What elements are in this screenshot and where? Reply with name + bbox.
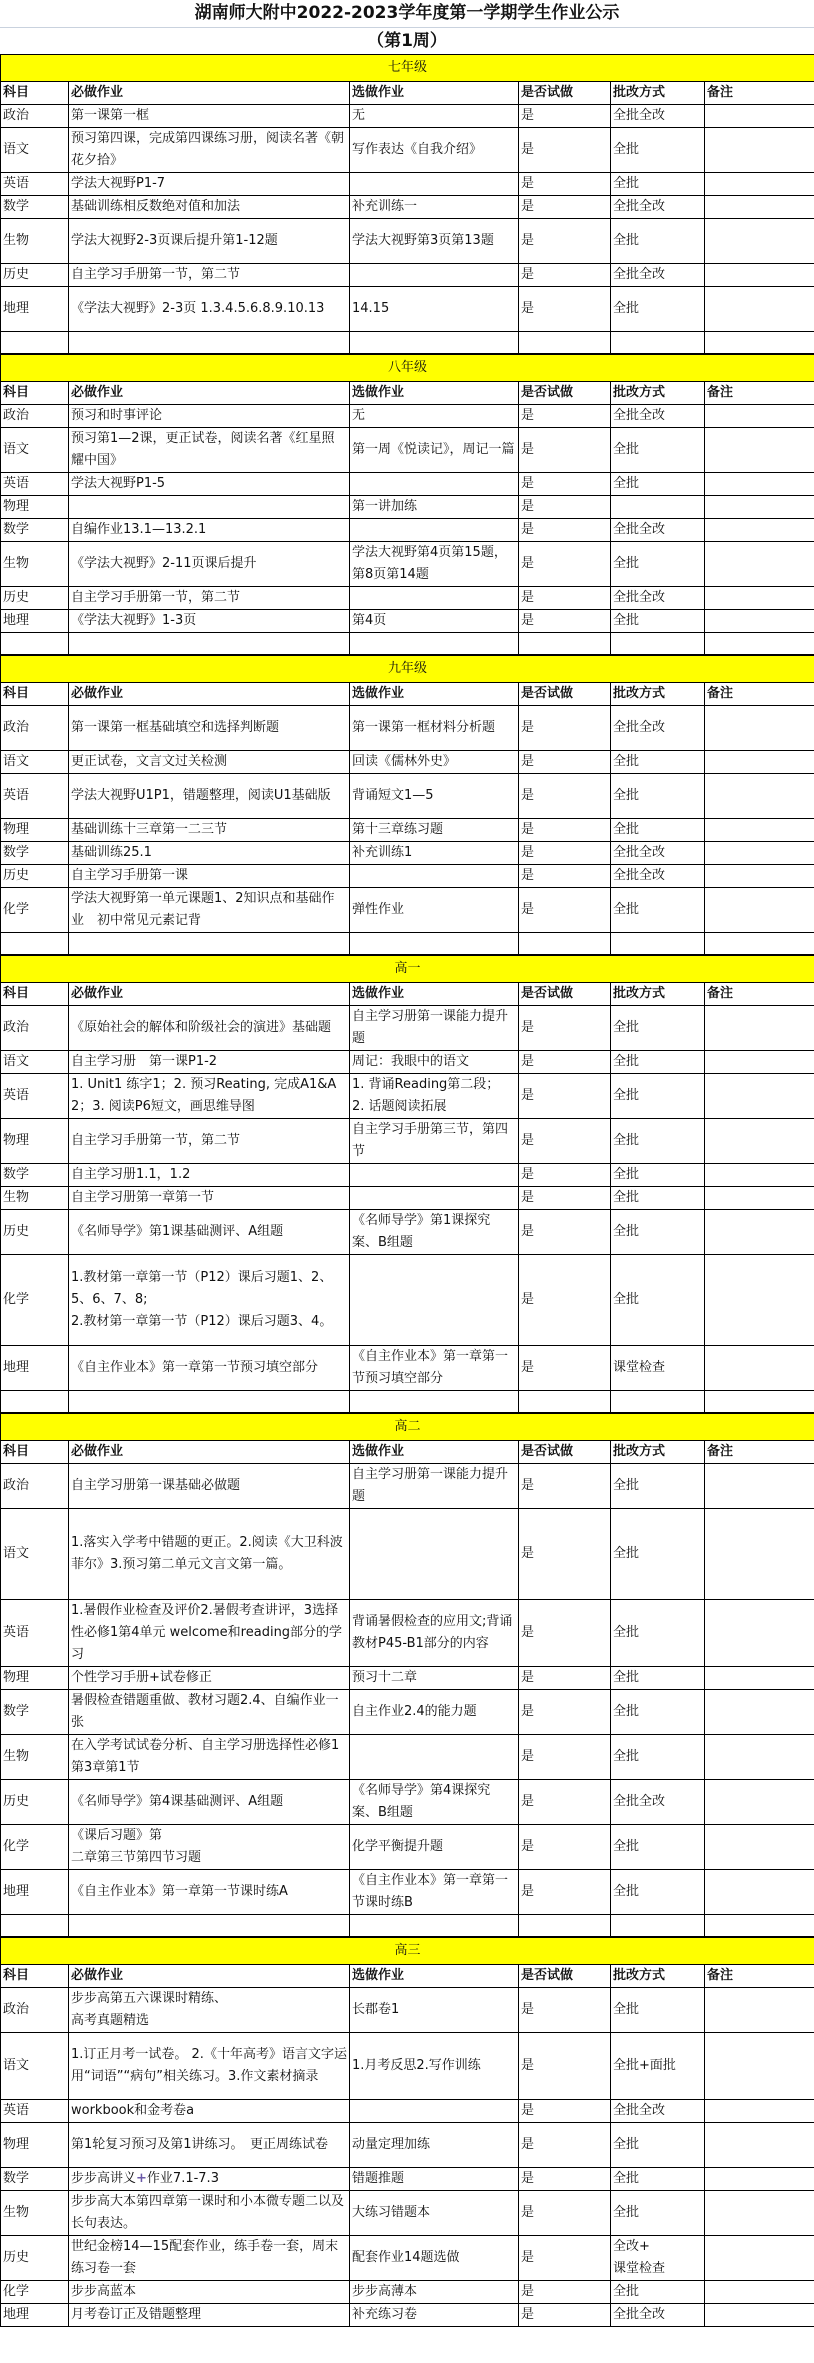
- note-cell: [705, 865, 814, 888]
- grade-table: 八年级科目必做作业选做作业是否试做批改方式备注政治预习和时事评论无是全批全改语文…: [0, 354, 814, 655]
- subject-cell: 政治: [1, 1464, 69, 1509]
- trial-cell: 是: [519, 1119, 611, 1164]
- table-row: 物理基础训练十三章第一二三节第十三章练习题是全批: [1, 819, 814, 842]
- grading-method-cell: 全批+面批: [611, 2033, 705, 2100]
- trial-cell: 是: [519, 519, 611, 542]
- trial-cell: 是: [519, 2281, 611, 2304]
- note-cell: [705, 2123, 814, 2168]
- empty-cell: [519, 332, 611, 354]
- note-cell: [705, 287, 814, 332]
- optional-homework-cell: 第一讲加练: [350, 496, 519, 519]
- subject-cell: 历史: [1, 587, 69, 610]
- grade-band: 高一: [1, 956, 814, 983]
- optional-homework-cell: [350, 1255, 519, 1346]
- empty-cell: [350, 1391, 519, 1413]
- required-homework-cell: 步步高大本第四章第一课时和小本微专题二以及长句表达。: [69, 2191, 350, 2236]
- table-row: 生物步步高大本第四章第一课时和小本微专题二以及长句表达。大练习错题本是全批: [1, 2191, 814, 2236]
- table-row: 地理《学法大视野》1-3页第4页是全批: [1, 610, 814, 633]
- optional-homework-cell: [350, 1509, 519, 1600]
- empty-row: [1, 332, 814, 354]
- subject-cell: 生物: [1, 219, 69, 264]
- required-homework-cell: 第一课第一框基础填空和选择判断题: [69, 706, 350, 751]
- trial-cell: 是: [519, 1255, 611, 1346]
- homework-sheet: 湖南师大附中2022-2023学年度第一学期学生作业公示 （第1周） 七年级科目…: [0, 0, 814, 2327]
- required-homework-cell: 世纪金榜14—15配套作业，练手卷一套，周末练习卷一套: [69, 2236, 350, 2281]
- grading-method-cell: 全批全改: [611, 1780, 705, 1825]
- grading-method-cell: 全批: [611, 2123, 705, 2168]
- grading-method-cell: 全批全改: [611, 196, 705, 219]
- note-cell: [705, 2281, 814, 2304]
- optional-homework-cell: 《自主作业本》第一章第一节课时练B: [350, 1870, 519, 1915]
- grades-container: 七年级科目必做作业选做作业是否试做批改方式备注政治第一课第一框无是全批全改语文预…: [0, 54, 814, 2327]
- required-homework-cell: 1. Unit1 练字1；2. 预习Reating, 完成A1&A2；3. 阅读…: [69, 1074, 350, 1119]
- trial-cell: 是: [519, 1735, 611, 1780]
- required-homework-cell: 预习和时事评论: [69, 405, 350, 428]
- optional-homework-cell: [350, 264, 519, 287]
- note-cell: [705, 496, 814, 519]
- column-header: 必做作业: [69, 983, 350, 1006]
- table-row: 化学学法大视野第一单元课题1、2知识点和基础作业 初中常见元素记背弹性作业是全批: [1, 888, 814, 933]
- required-homework-cell: 自主学习册 第一课P1-2: [69, 1051, 350, 1074]
- subject-cell: 地理: [1, 1346, 69, 1391]
- trial-cell: 是: [519, 105, 611, 128]
- empty-cell: [519, 633, 611, 655]
- subject-cell: 历史: [1, 1780, 69, 1825]
- grading-method-cell: [611, 496, 705, 519]
- grading-method-cell: 全批: [611, 128, 705, 173]
- trial-cell: 是: [519, 219, 611, 264]
- grade-name: 高一: [1, 956, 814, 983]
- grading-method-cell: 全批: [611, 1164, 705, 1187]
- required-homework-cell: 自编作业13.1—13.2.1: [69, 519, 350, 542]
- subject-cell: 语文: [1, 1509, 69, 1600]
- table-row: 物理自主学习手册第一节，第二节自主学习手册第三节，第四节是全批: [1, 1119, 814, 1164]
- grading-method-cell: 全批: [611, 751, 705, 774]
- optional-homework-cell: 《名师导学》第1课探究案、B组题: [350, 1210, 519, 1255]
- note-cell: [705, 1187, 814, 1210]
- required-homework-cell: 学法大视野P1-5: [69, 473, 350, 496]
- note-cell: [705, 2033, 814, 2100]
- column-header: 科目: [1, 1441, 69, 1464]
- trial-cell: 是: [519, 128, 611, 173]
- empty-cell: [611, 332, 705, 354]
- table-row: 历史自主学习手册第一节，第二节是全批全改: [1, 264, 814, 287]
- grade-band: 九年级: [1, 656, 814, 683]
- grading-method-cell: 全批: [611, 1509, 705, 1600]
- empty-cell: [350, 633, 519, 655]
- required-text-part: 作业7.1-7.3: [147, 2171, 219, 2186]
- grading-method-cell: 全批全改: [611, 264, 705, 287]
- note-cell: [705, 1780, 814, 1825]
- subject-cell: 数学: [1, 519, 69, 542]
- grading-method-cell: 全批全改: [611, 405, 705, 428]
- optional-homework-cell: 周记：我眼中的语文: [350, 1051, 519, 1074]
- empty-cell: [611, 933, 705, 955]
- required-homework-cell: 学法大视野2-3页课后提升第1-12题: [69, 219, 350, 264]
- required-homework-cell: 自主学习手册第一节，第二节: [69, 264, 350, 287]
- subject-cell: 化学: [1, 888, 69, 933]
- grading-method-cell: 全批全改: [611, 587, 705, 610]
- grading-method-cell: 全批: [611, 1187, 705, 1210]
- grade-band: 八年级: [1, 355, 814, 382]
- subject-cell: 化学: [1, 1255, 69, 1346]
- optional-homework-cell: 步步高薄本: [350, 2281, 519, 2304]
- required-homework-cell: 月考卷订正及错题整理: [69, 2304, 350, 2327]
- empty-cell: [611, 1915, 705, 1937]
- table-row: 政治步步高第五六课课时精练、 高考真题精选长郡卷1是全批: [1, 1988, 814, 2033]
- required-text-part: 步步高讲义: [71, 2171, 136, 2186]
- grading-method-cell: 全批: [611, 774, 705, 819]
- empty-cell: [1, 633, 69, 655]
- note-cell: [705, 1164, 814, 1187]
- required-homework-cell: 学法大视野P1-7: [69, 173, 350, 196]
- plus-icon: +: [136, 2171, 147, 2186]
- required-homework-cell: 学法大视野第一单元课题1、2知识点和基础作业 初中常见元素记背: [69, 888, 350, 933]
- empty-cell: [611, 633, 705, 655]
- trial-cell: 是: [519, 1870, 611, 1915]
- optional-homework-cell: 动量定理加练: [350, 2123, 519, 2168]
- empty-cell: [69, 933, 350, 955]
- grade-band: 七年级: [1, 55, 814, 82]
- required-homework-cell: 步步高讲义+作业7.1-7.3: [69, 2168, 350, 2191]
- grading-method-cell: 全批: [611, 2168, 705, 2191]
- optional-homework-cell: 14.15: [350, 287, 519, 332]
- subject-cell: 地理: [1, 610, 69, 633]
- optional-homework-cell: 预习十二章: [350, 1667, 519, 1690]
- trial-cell: 是: [519, 1464, 611, 1509]
- column-header: 备注: [705, 1441, 814, 1464]
- required-homework-cell: 自主学习手册第一课: [69, 865, 350, 888]
- required-homework-cell: 学法大视野U1P1，错题整理，阅读U1基础版: [69, 774, 350, 819]
- grading-method-cell: 全批: [611, 1210, 705, 1255]
- grade-name: 九年级: [1, 656, 814, 683]
- optional-homework-cell: [350, 1187, 519, 1210]
- column-header: 是否试做: [519, 382, 611, 405]
- column-header: 是否试做: [519, 983, 611, 1006]
- column-header: 必做作业: [69, 82, 350, 105]
- trial-cell: 是: [519, 1780, 611, 1825]
- subject-cell: 物理: [1, 1119, 69, 1164]
- empty-cell: [611, 1391, 705, 1413]
- subject-cell: 历史: [1, 2236, 69, 2281]
- trial-cell: 是: [519, 1051, 611, 1074]
- table-row: 历史世纪金榜14—15配套作业，练手卷一套，周末练习卷一套配套作业14题选做是全…: [1, 2236, 814, 2281]
- optional-homework-cell: 背诵短文1—5: [350, 774, 519, 819]
- subject-cell: 语文: [1, 751, 69, 774]
- subject-cell: 历史: [1, 1210, 69, 1255]
- required-homework-cell: 《学法大视野》2-11页课后提升: [69, 542, 350, 587]
- subject-cell: 地理: [1, 287, 69, 332]
- column-header: 科目: [1, 1965, 69, 1988]
- subject-cell: 语文: [1, 428, 69, 473]
- table-row: 化学1.教材第一章第一节（P12）课后习题1、2、5、6、7、8; 2.教材第一…: [1, 1255, 814, 1346]
- table-row: 政治第一课第一框基础填空和选择判断题第一课第一框材料分析题是全批全改: [1, 706, 814, 751]
- grading-method-cell: 全批全改: [611, 2304, 705, 2327]
- required-homework-cell: 《课后习题》第 二章第三节第四节习题: [69, 1825, 350, 1870]
- note-cell: [705, 1051, 814, 1074]
- subject-cell: 英语: [1, 173, 69, 196]
- grading-method-cell: 全批: [611, 2191, 705, 2236]
- subject-cell: 英语: [1, 1600, 69, 1667]
- grading-method-cell: 全批: [611, 2281, 705, 2304]
- subject-cell: 英语: [1, 1074, 69, 1119]
- table-row: 历史自主学习手册第一课是全批全改: [1, 865, 814, 888]
- empty-cell: [705, 1391, 814, 1413]
- note-cell: [705, 1690, 814, 1735]
- grading-method-cell: 全批: [611, 1074, 705, 1119]
- empty-row: [1, 933, 814, 955]
- required-homework-cell: 自主学习手册第一节，第二节: [69, 1119, 350, 1164]
- column-header: 备注: [705, 82, 814, 105]
- note-cell: [705, 2236, 814, 2281]
- required-homework-cell: 暑假检查错题重做、教材习题2.4、自编作业一张: [69, 1690, 350, 1735]
- empty-cell: [350, 332, 519, 354]
- column-header: 备注: [705, 683, 814, 706]
- note-cell: [705, 473, 814, 496]
- trial-cell: 是: [519, 2100, 611, 2123]
- table-row: 政治《原始社会的解体和阶级社会的演进》基础题自主学习册第一课能力提升题是全批: [1, 1006, 814, 1051]
- optional-homework-cell: [350, 2100, 519, 2123]
- required-homework-cell: 更正试卷，文言文过关检测: [69, 751, 350, 774]
- grading-method-cell: 全批: [611, 1464, 705, 1509]
- note-cell: [705, 1735, 814, 1780]
- column-header: 选做作业: [350, 983, 519, 1006]
- subject-cell: 历史: [1, 264, 69, 287]
- grading-method-cell: 全批: [611, 219, 705, 264]
- header-row: 科目必做作业选做作业是否试做批改方式备注: [1, 82, 814, 105]
- trial-cell: 是: [519, 1346, 611, 1391]
- note-cell: [705, 1600, 814, 1667]
- grading-method-cell: 全批全改: [611, 842, 705, 865]
- grading-method-cell: 课堂检查: [611, 1346, 705, 1391]
- table-row: 历史《名师导学》第1课基础测评、A组题《名师导学》第1课探究案、B组题是全批: [1, 1210, 814, 1255]
- table-row: 语文更正试卷，文言文过关检测回读《儒林外史》是全批: [1, 751, 814, 774]
- grading-method-cell: 全改+ 课堂检查: [611, 2236, 705, 2281]
- grading-method-cell: 全批: [611, 1988, 705, 2033]
- trial-cell: 是: [519, 2033, 611, 2100]
- column-header: 批改方式: [611, 82, 705, 105]
- subject-cell: 政治: [1, 105, 69, 128]
- trial-cell: 是: [519, 706, 611, 751]
- column-header: 是否试做: [519, 1965, 611, 1988]
- table-row: 数学基础训练相反数绝对值和加法补充训练一是全批全改: [1, 196, 814, 219]
- header-row: 科目必做作业选做作业是否试做批改方式备注: [1, 683, 814, 706]
- note-cell: [705, 219, 814, 264]
- empty-cell: [519, 1915, 611, 1937]
- optional-homework-cell: 大练习错题本: [350, 2191, 519, 2236]
- trial-cell: 是: [519, 196, 611, 219]
- subject-cell: 地理: [1, 2304, 69, 2327]
- required-homework-cell: 《原始社会的解体和阶级社会的演进》基础题: [69, 1006, 350, 1051]
- table-row: 政治自主学习册第一课基础必做题自主学习册第一课能力提升题是全批: [1, 1464, 814, 1509]
- required-homework-cell: 基础训练25.1: [69, 842, 350, 865]
- column-header: 选做作业: [350, 683, 519, 706]
- optional-homework-cell: 自主作业2.4的能力题: [350, 1690, 519, 1735]
- subject-cell: 物理: [1, 496, 69, 519]
- grading-method-cell: 全批: [611, 1825, 705, 1870]
- grade-band: 高二: [1, 1414, 814, 1441]
- grading-method-cell: 全批: [611, 1255, 705, 1346]
- trial-cell: 是: [519, 1667, 611, 1690]
- table-row: 数学步步高讲义+作业7.1-7.3错题推题是全批: [1, 2168, 814, 2191]
- note-cell: [705, 774, 814, 819]
- trial-cell: 是: [519, 1600, 611, 1667]
- trial-cell: 是: [519, 496, 611, 519]
- note-cell: [705, 105, 814, 128]
- optional-homework-cell: 补充训练一: [350, 196, 519, 219]
- page-title: 湖南师大附中2022-2023学年度第一学期学生作业公示: [0, 0, 814, 28]
- required-homework-cell: 基础训练十三章第一二三节: [69, 819, 350, 842]
- column-header: 批改方式: [611, 1965, 705, 1988]
- table-row: 数学自编作业13.1—13.2.1是全批全改: [1, 519, 814, 542]
- trial-cell: 是: [519, 888, 611, 933]
- column-header: 科目: [1, 82, 69, 105]
- trial-cell: 是: [519, 587, 611, 610]
- trial-cell: 是: [519, 287, 611, 332]
- optional-homework-cell: 第一周《悦读记》，周记一篇: [350, 428, 519, 473]
- required-homework-cell: 预习第1—2课，更正试卷，阅读名著《红星照耀中国》: [69, 428, 350, 473]
- grading-method-cell: 全批: [611, 1006, 705, 1051]
- empty-cell: [350, 1915, 519, 1937]
- note-cell: [705, 428, 814, 473]
- required-homework-cell: 《自主作业本》第一章第一节课时练A: [69, 1870, 350, 1915]
- note-cell: [705, 173, 814, 196]
- subject-cell: 政治: [1, 405, 69, 428]
- empty-row: [1, 1915, 814, 1937]
- trial-cell: 是: [519, 2236, 611, 2281]
- note-cell: [705, 542, 814, 587]
- optional-homework-cell: 第4页: [350, 610, 519, 633]
- grading-method-cell: 全批全改: [611, 105, 705, 128]
- required-homework-cell: 《自主作业本》第一章第一节预习填空部分: [69, 1346, 350, 1391]
- required-homework-cell: 第一课第一框: [69, 105, 350, 128]
- column-header: 必做作业: [69, 1965, 350, 1988]
- optional-homework-cell: 自主学习手册第三节，第四节: [350, 1119, 519, 1164]
- table-row: 语文1.落实入学考中错题的更正。2.阅读《大卫科波菲尔》3.预习第二单元文言文第…: [1, 1509, 814, 1600]
- required-homework-cell: 1.订正月考一试卷。 2.《十年高考》语言文字运用“词语”“病句”相关练习。3.…: [69, 2033, 350, 2100]
- grading-method-cell: 全批: [611, 428, 705, 473]
- grading-method-cell: 全批: [611, 1690, 705, 1735]
- table-row: 生物《学法大视野》2-11页课后提升学法大视野第4页第15题，第8页第14题是全…: [1, 542, 814, 587]
- required-homework-cell: 基础训练相反数绝对值和加法: [69, 196, 350, 219]
- column-header: 批改方式: [611, 1441, 705, 1464]
- header-row: 科目必做作业选做作业是否试做批改方式备注: [1, 1965, 814, 1988]
- table-row: 数学自主学习册1.1，1.2是全批: [1, 1164, 814, 1187]
- grade-band: 高三: [1, 1938, 814, 1965]
- note-cell: [705, 1119, 814, 1164]
- trial-cell: 是: [519, 1164, 611, 1187]
- empty-cell: [519, 1391, 611, 1413]
- subject-cell: 生物: [1, 542, 69, 587]
- grading-method-cell: 全批: [611, 173, 705, 196]
- trial-cell: 是: [519, 610, 611, 633]
- required-homework-cell: 个性学习手册+试卷修正: [69, 1667, 350, 1690]
- note-cell: [705, 519, 814, 542]
- table-row: 生物学法大视野2-3页课后提升第1-12题学法大视野第3页第13题是全批: [1, 219, 814, 264]
- grading-method-cell: 全批: [611, 473, 705, 496]
- table-row: 英语workbook和金考卷a是全批全改: [1, 2100, 814, 2123]
- empty-cell: [705, 633, 814, 655]
- optional-homework-cell: 无: [350, 405, 519, 428]
- trial-cell: 是: [519, 428, 611, 473]
- column-header: 选做作业: [350, 1965, 519, 1988]
- optional-homework-cell: 写作表达《自我介绍》: [350, 128, 519, 173]
- table-row: 语文预习第四课，完成第四课练习册，阅读名著《朝花夕拾》写作表达《自我介绍》是全批: [1, 128, 814, 173]
- required-homework-cell: [69, 496, 350, 519]
- optional-homework-cell: 第十三章练习题: [350, 819, 519, 842]
- table-row: 数学基础训练25.1补充训练1是全批全改: [1, 842, 814, 865]
- required-homework-cell: 预习第四课，完成第四课练习册，阅读名著《朝花夕拾》: [69, 128, 350, 173]
- subject-cell: 地理: [1, 1870, 69, 1915]
- required-homework-cell: 自主学习册1.1，1.2: [69, 1164, 350, 1187]
- subject-cell: 生物: [1, 2191, 69, 2236]
- grade-name: 八年级: [1, 355, 814, 382]
- required-homework-cell: 《名师导学》第4课基础测评、A组题: [69, 1780, 350, 1825]
- table-row: 地理《学法大视野》2-3页 1.3.4.5.6.8.9.10.1314.15是全…: [1, 287, 814, 332]
- grade-table: 高一科目必做作业选做作业是否试做批改方式备注政治《原始社会的解体和阶级社会的演进…: [0, 955, 814, 1413]
- subject-cell: 政治: [1, 1988, 69, 2033]
- subject-cell: 历史: [1, 865, 69, 888]
- note-cell: [705, 888, 814, 933]
- grading-method-cell: 全批全改: [611, 706, 705, 751]
- subject-cell: 物理: [1, 1667, 69, 1690]
- empty-row: [1, 1391, 814, 1413]
- trial-cell: 是: [519, 2304, 611, 2327]
- grade-table: 高二科目必做作业选做作业是否试做批改方式备注政治自主学习册第一课基础必做题自主学…: [0, 1413, 814, 1937]
- grading-method-cell: 全批: [611, 1051, 705, 1074]
- column-header: 科目: [1, 382, 69, 405]
- optional-homework-cell: 弹性作业: [350, 888, 519, 933]
- table-row: 历史《名师导学》第4课基础测评、A组题《名师导学》第4课探究案、B组题是全批全改: [1, 1780, 814, 1825]
- subject-cell: 化学: [1, 1825, 69, 1870]
- subject-cell: 语文: [1, 1051, 69, 1074]
- column-header: 必做作业: [69, 683, 350, 706]
- grade-table: 高三科目必做作业选做作业是否试做批改方式备注政治步步高第五六课课时精练、 高考真…: [0, 1937, 814, 2327]
- table-row: 英语学法大视野U1P1，错题整理，阅读U1基础版背诵短文1—5是全批: [1, 774, 814, 819]
- column-header: 批改方式: [611, 683, 705, 706]
- subject-cell: 数学: [1, 1690, 69, 1735]
- optional-homework-cell: 1. 背诵Reading第二段； 2. 话题阅读拓展: [350, 1074, 519, 1119]
- empty-cell: [1, 1915, 69, 1937]
- table-row: 语文1.订正月考一试卷。 2.《十年高考》语言文字运用“词语”“病句”相关练习。…: [1, 2033, 814, 2100]
- trial-cell: 是: [519, 1074, 611, 1119]
- grading-method-cell: 全批: [611, 1667, 705, 1690]
- grading-method-cell: 全批: [611, 287, 705, 332]
- table-row: 地理月考卷订正及错题整理补充练习卷是全批全改: [1, 2304, 814, 2327]
- optional-homework-cell: 补充训练1: [350, 842, 519, 865]
- grade-table: 七年级科目必做作业选做作业是否试做批改方式备注政治第一课第一框无是全批全改语文预…: [0, 54, 814, 354]
- optional-homework-cell: 回读《儒林外史》: [350, 751, 519, 774]
- subject-cell: 数学: [1, 842, 69, 865]
- subject-cell: 英语: [1, 473, 69, 496]
- note-cell: [705, 610, 814, 633]
- grading-method-cell: 全批: [611, 888, 705, 933]
- required-homework-cell: 第1轮复习预习及第1讲练习。 更正周练试卷: [69, 2123, 350, 2168]
- empty-cell: [705, 332, 814, 354]
- optional-homework-cell: [350, 173, 519, 196]
- subject-cell: 语文: [1, 128, 69, 173]
- header-row: 科目必做作业选做作业是否试做批改方式备注: [1, 382, 814, 405]
- column-header: 备注: [705, 1965, 814, 1988]
- column-header: 科目: [1, 683, 69, 706]
- subject-cell: 语文: [1, 2033, 69, 2100]
- table-row: 语文自主学习册 第一课P1-2周记：我眼中的语文是全批: [1, 1051, 814, 1074]
- note-cell: [705, 2304, 814, 2327]
- required-homework-cell: 1.暑假作业检查及评价2.暑假考查讲评，3选择性必修1第4单元 welcome和…: [69, 1600, 350, 1667]
- table-row: 化学《课后习题》第 二章第三节第四节习题化学平衡提升题是全批: [1, 1825, 814, 1870]
- grading-method-cell: 全批: [611, 1735, 705, 1780]
- column-header: 是否试做: [519, 82, 611, 105]
